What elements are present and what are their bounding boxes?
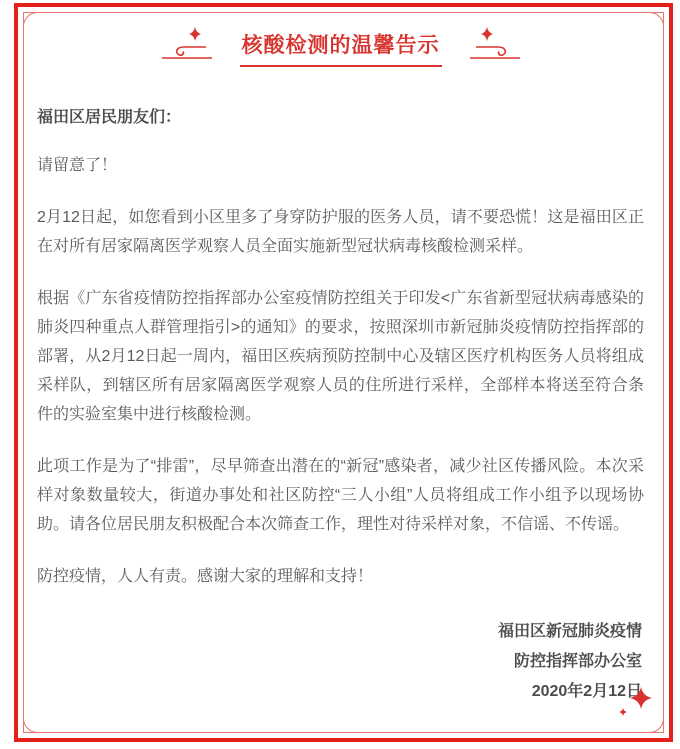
paragraph-closing: 防控疫情，人人有责。感谢大家的理解和支持！ xyxy=(37,562,644,591)
signature-block: 福田区新冠肺炎疫情 防控指挥部办公室 2020年2月12日 xyxy=(37,617,644,707)
paragraph-basis: 根据《广东省疫情防控指挥部办公室疫情防控组关于印发<广东省新型冠状病毒感染的肺炎… xyxy=(37,284,644,429)
paragraph-purpose: 此项工作是为了“排雷”，尽早筛查出潜在的“新冠”感染者，减少社区传播风险。本次采… xyxy=(37,452,644,539)
cloud-swirl-left-icon xyxy=(158,25,214,65)
notice-content: 核酸检测的温馨告示 福田区居民朋友们： 请留意了！ 2月12日起，如您看到小区里… xyxy=(23,12,664,733)
sparkle-decoration-icon xyxy=(615,686,655,720)
signature-org-line2: 防控指挥部办公室 xyxy=(37,647,642,677)
greeting-line: 福田区居民朋友们： xyxy=(37,103,644,132)
notice-title: 核酸检测的温馨告示 xyxy=(240,33,442,67)
paragraph-announcement: 2月12日起，如您看到小区里多了身穿防护服的医务人员，请不要恐慌！这是福田区正在… xyxy=(37,203,644,261)
signature-org-line1: 福田区新冠肺炎疫情 xyxy=(37,617,642,647)
signature-date: 2020年2月12日 xyxy=(37,677,642,707)
paragraph-attention: 请留意了！ xyxy=(37,151,644,180)
outer-border: 核酸检测的温馨告示 福田区居民朋友们： 请留意了！ 2月12日起，如您看到小区里… xyxy=(14,3,673,742)
title-row: 核酸检测的温馨告示 xyxy=(37,25,644,67)
notice-page: 核酸检测的温馨告示 福田区居民朋友们： 请留意了！ 2月12日起，如您看到小区里… xyxy=(0,0,680,749)
cloud-swirl-right-icon xyxy=(468,25,524,65)
